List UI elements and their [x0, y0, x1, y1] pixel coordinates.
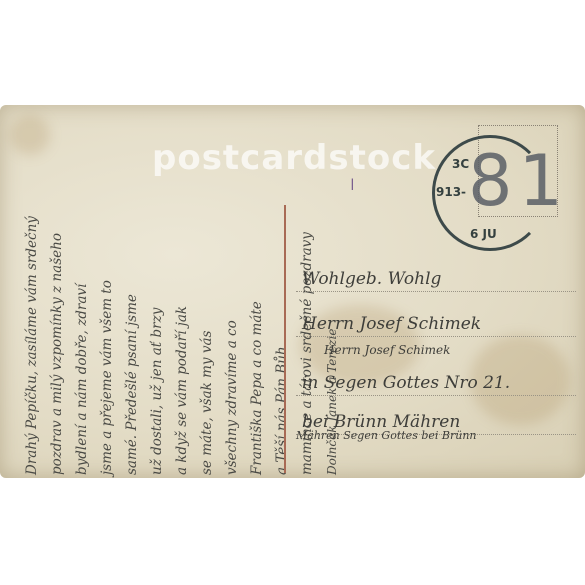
- address-note: Mähren Segen Gottes bei Brünn: [296, 429, 576, 442]
- postmark-top: 3C: [452, 157, 469, 171]
- postcard: postcardstock Drahý Pepíčku, zasíláme vá…: [0, 105, 585, 478]
- postmark-bottom: 6 JU: [470, 227, 497, 241]
- message-line: jsme a přejeme vám všem to: [95, 115, 120, 475]
- message-line: bydlení a nám dobře, zdraví: [70, 115, 95, 475]
- pencil-mark: 81: [468, 140, 569, 222]
- message-line: už dostali, už jen ať brzy: [145, 115, 170, 475]
- message-line: pozdrav a milý vzpomínky z našeho: [45, 115, 70, 475]
- address-street: in Segen Gottes Nro 21.: [296, 359, 576, 396]
- message-line: a když se vám podaří jak: [170, 115, 195, 475]
- message-line: se máte, však my vás: [195, 115, 220, 475]
- address-block: Wohlgeb. Wohlg Herrn Josef Schimek Herrn…: [296, 255, 576, 456]
- address-name-repeat: Herrn Josef Schimek: [296, 345, 576, 359]
- message-line: všechny zdravíme a co: [220, 115, 245, 475]
- divider-line: [284, 205, 286, 473]
- message-line: a Těší nás Pán Bůh: [270, 115, 295, 475]
- message-line: Františka Pepa a co máte: [245, 115, 270, 475]
- address-salutation: Wohlgeb. Wohlg: [296, 255, 576, 292]
- postmark-date: 913-: [436, 185, 466, 199]
- message-text: Drahý Pepíčku, zasíláme vám srdečnýpozdr…: [20, 115, 275, 475]
- pencil-tick: ǀ: [350, 175, 355, 194]
- message-line: samé. Předešlé psaní jsme: [120, 115, 145, 475]
- message-line: Drahý Pepíčku, zasíláme vám srdečný: [20, 115, 45, 475]
- address-name: Herrn Josef Schimek: [296, 300, 576, 337]
- message-area: Drahý Pepíčku, zasíláme vám srdečnýpozdr…: [0, 105, 285, 478]
